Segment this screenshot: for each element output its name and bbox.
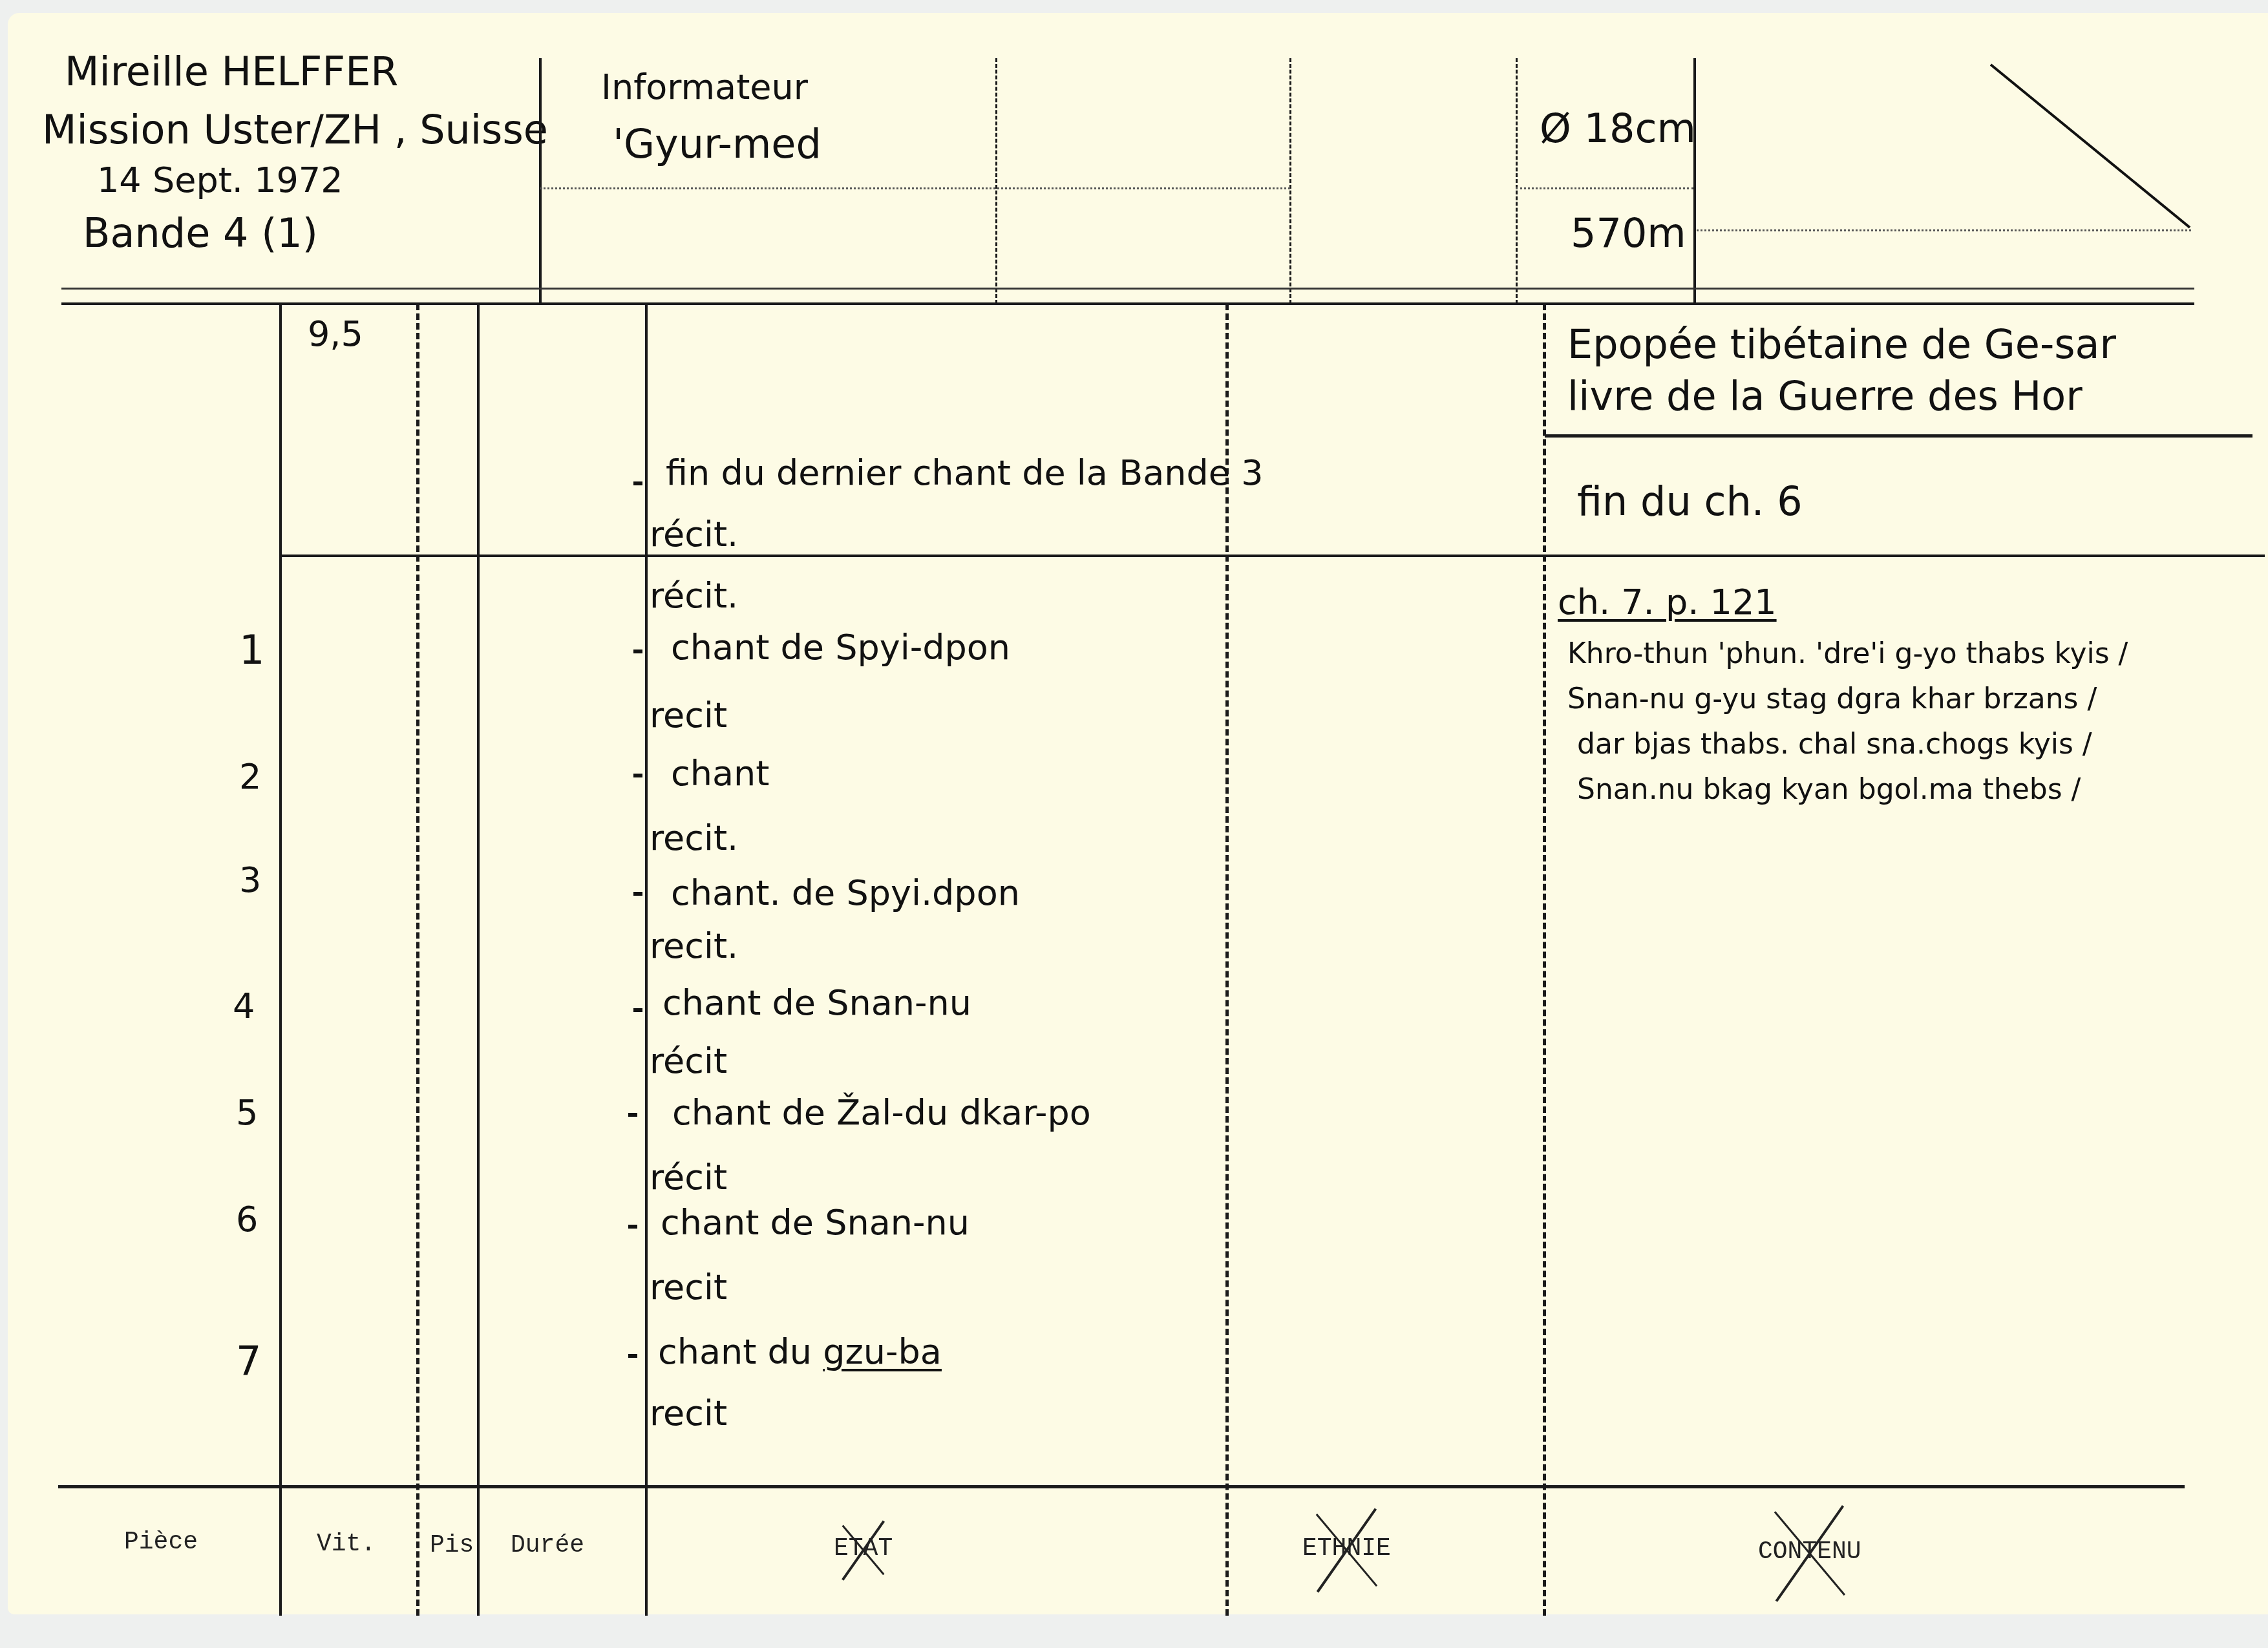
- entry-marker: [633, 481, 642, 485]
- chant-entry: chant de Snan-nu: [662, 986, 971, 1020]
- tape-change-line: [281, 555, 2265, 557]
- header-divider: [1693, 58, 1696, 304]
- entry-marker: [633, 774, 642, 777]
- header-divider: [1289, 58, 1291, 304]
- footer-label-content: CONTENU: [1758, 1538, 1861, 1566]
- column-divider: [477, 304, 480, 1616]
- entry-marker: [628, 1225, 637, 1229]
- entry-marker: [633, 1008, 642, 1012]
- mission-location: Mission Uster/ZH , Suisse: [42, 110, 548, 150]
- footer-label-piece: Pièce: [124, 1528, 198, 1556]
- recit-entry: récit: [650, 1044, 727, 1079]
- crossed-out-label: ETAT: [834, 1535, 893, 1563]
- piece-number: 7: [236, 1341, 261, 1381]
- recit-entry: recit: [650, 698, 727, 733]
- informant-name: 'Gyur-med: [613, 124, 821, 164]
- chant-prefix: chant du: [658, 1331, 812, 1372]
- diagonal-mark: [1984, 58, 2198, 233]
- recit-entry: récit.: [650, 578, 738, 613]
- recording-date: 14 Sept. 1972: [97, 163, 343, 198]
- column-divider: [1543, 304, 1546, 1616]
- verse-line: Khro-thun 'phun. 'dre'i g-yo thabs kyis …: [1567, 640, 2128, 668]
- verse-line: dar bjas thabs. chal sna.chogs kyis /: [1577, 730, 2092, 759]
- speed-value: 9,5: [308, 317, 363, 352]
- column-divider: [1225, 304, 1229, 1616]
- piece-number: 6: [236, 1202, 258, 1237]
- catalog-card: [8, 13, 2268, 1614]
- crossed-out-label: CONTENU: [1758, 1538, 1861, 1566]
- reel-diameter: Ø 18cm: [1540, 109, 1696, 149]
- researcher-name: Mireille HELFFER: [65, 52, 398, 92]
- chant-entry: chant. de Spyi.dpon: [671, 876, 1020, 911]
- recit-entry: récit: [650, 1160, 727, 1195]
- chant-entry: chant de Spyi-dpon: [671, 630, 1010, 665]
- chant-underlined: gzu-ba: [823, 1331, 942, 1372]
- column-divider: [279, 304, 282, 1616]
- column-divider: [645, 304, 648, 1616]
- footer-line: [58, 1485, 2185, 1488]
- chant-entry: chant: [671, 756, 769, 791]
- piece-number: 3: [239, 863, 261, 898]
- entry-marker: [633, 892, 642, 896]
- column-divider: [416, 304, 419, 1616]
- chapter-reference: ch. 7. p. 121: [1558, 585, 1777, 620]
- prev-entry: fin du dernier chant de la Bande 3: [666, 456, 1264, 491]
- header-divider: [1516, 58, 1518, 304]
- footer-label-state: ETAT: [834, 1535, 893, 1563]
- footer-label-speed: Vit.: [317, 1530, 376, 1558]
- tape-number: Bande 4 (1): [83, 213, 318, 253]
- recit-entry: recit.: [650, 821, 738, 856]
- entry-marker: [633, 650, 642, 653]
- entry-marker: [628, 1113, 637, 1117]
- recit-entry: recit.: [650, 929, 738, 964]
- header-divider: [539, 58, 542, 304]
- title-underline: [1545, 434, 2252, 438]
- header-divider: [995, 58, 997, 304]
- header-row-line: [540, 187, 1290, 189]
- chant-entry: chant de Žal-du dkar-po: [672, 1095, 1091, 1130]
- piece-number: 4: [233, 989, 255, 1024]
- recit-entry: recit: [650, 1396, 727, 1431]
- header-bottom-line: [61, 288, 2194, 290]
- informant-label: Informateur: [601, 70, 808, 105]
- work-title: Epopée tibétaine de Ge-sar: [1567, 324, 2116, 364]
- piece-number: 5: [236, 1095, 258, 1130]
- chant-entry: chant du gzu-ba: [658, 1335, 942, 1369]
- prev-entry: récit.: [650, 517, 738, 552]
- tape-length: 570m: [1571, 213, 1686, 253]
- recit-entry: recit: [650, 1270, 727, 1305]
- footer-label-track: Pis: [430, 1532, 474, 1559]
- piece-number: 1: [239, 630, 264, 670]
- work-subtitle: livre de la Guerre des Hor: [1567, 376, 2083, 416]
- footer-label-duration: Durée: [511, 1532, 584, 1559]
- prev-chapter-note: fin du ch. 6: [1577, 481, 1803, 522]
- verse-line: Snan.nu bkag kyan bgol.ma thebs /: [1577, 776, 2081, 804]
- header-bottom-line: [61, 302, 2194, 305]
- piece-number: 2: [239, 759, 261, 794]
- entry-marker: [628, 1354, 637, 1358]
- crossed-out-label: ETHNIE: [1302, 1535, 1391, 1563]
- footer-label-ethnic: ETHNIE: [1302, 1535, 1391, 1563]
- verse-line: Snan-nu g-yu stag dgra khar brzans /: [1567, 685, 2097, 713]
- header-row-line: [1516, 187, 1693, 189]
- chant-entry: chant de Snan-nu: [661, 1205, 970, 1240]
